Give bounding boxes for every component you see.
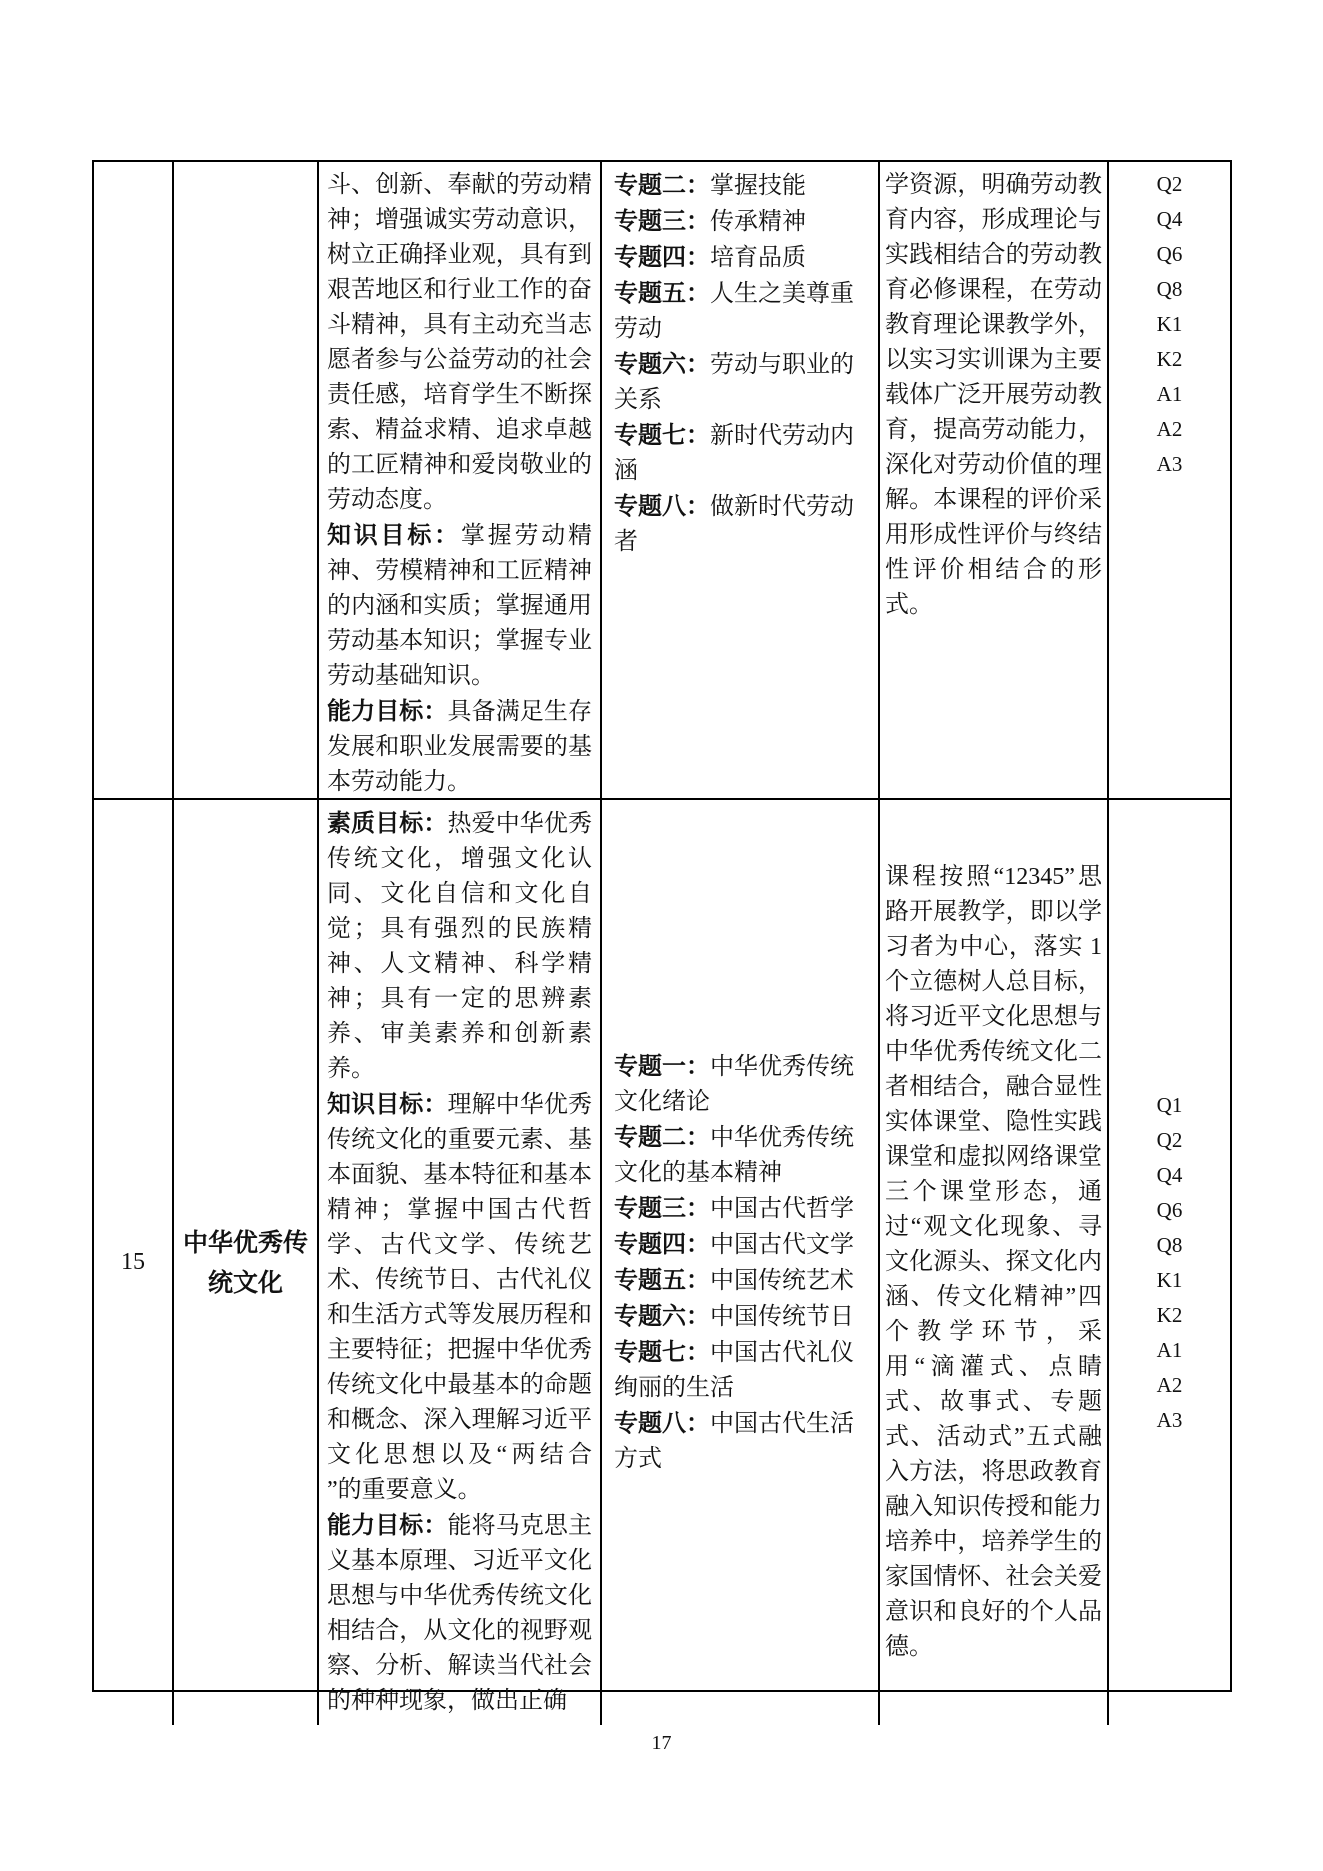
code-item: A2 [1109,1368,1230,1403]
cell-row15-implementation: 课程按照“12345”思路开展教学，即以学习者为中心，落实 1 个立德树人总目标… [880,800,1109,1725]
topic-item: 专题一：中华优秀传统文化绪论 [614,1049,872,1120]
topic-item: 专题七：新时代劳动内涵 [614,418,872,489]
row15-ability-text: 能将马克思主义基本原理、习近平文化思想与中华优秀传统文化相结合，从文化的视野观察… [327,1513,592,1714]
topic-label: 专题八： [614,493,710,520]
topic-item: 专题二：掌握技能 [614,168,872,204]
topic-item: 专题二：中华优秀传统文化的基本精神 [614,1120,872,1191]
row14-ability-objective: 能力目标：具备满足生存发展和职业发展需要的基本劳动能力。 [327,694,592,798]
row15-ability-label: 能力目标： [327,1512,448,1539]
cell-row14-topics: 专题二：掌握技能 专题三：传承精神 专题四：培育品质 专题五：人生之美尊重劳动 … [602,162,880,798]
topic-item: 专题五：人生之美尊重劳动 [614,276,872,347]
table-row-14: 斗、创新、奉献的劳动精神；增强诚实劳动意识，树立正确择业观，具有到艰苦地区和行业… [94,162,1230,800]
code-item: Q1 [1109,1088,1230,1123]
cell-row15-codes: Q1 Q2 Q4 Q6 Q8 K1 K2 A1 A2 A3 [1109,800,1230,1725]
row15-quality-objective: 素质目标：热爱中华优秀传统文化，增强文化认同、文化自信和文化自觉；具有强烈的民族… [327,806,592,1087]
topic-text: 中国传统节日 [710,1304,854,1330]
cell-row14-implementation: 学资源，明确劳动教育内容，形成理论与实践相结合的劳动教育必修课程，在劳动教育理论… [880,162,1109,798]
row15-quality-text: 热爱中华优秀传统文化，增强文化认同、文化自信和文化自觉；具有强烈的民族精神、人文… [327,811,592,1082]
topic-label: 专题六： [614,1303,710,1330]
topic-label: 专题四： [614,1231,710,1258]
document-page: 斗、创新、奉献的劳动精神；增强诚实劳动意识，树立正确择业观，具有到艰苦地区和行业… [0,0,1323,1871]
row14-implementation-text: 学资源，明确劳动教育内容，形成理论与实践相结合的劳动教育必修课程，在劳动教育理论… [885,168,1102,623]
topic-item: 专题五：中国传统艺术 [614,1263,872,1299]
topic-text: 中国古代哲学 [710,1196,854,1222]
code-item: Q4 [1109,202,1230,237]
topic-item: 专题六：中国传统节日 [614,1299,872,1335]
table-row-15: 15 中华优秀传统文化 素质目标：热爱中华优秀传统文化，增强文化认同、文化自信和… [94,800,1230,1725]
topic-item: 专题六：劳动与职业的关系 [614,347,872,418]
row14-knowledge-objective: 知识目标：掌握劳动精神、劳模精神和工匠精神的内涵和实质；掌握通用劳动基本知识；掌… [327,518,592,694]
cell-row15-objectives: 素质目标：热爱中华优秀传统文化，增强文化认同、文化自信和文化自觉；具有强烈的民族… [319,800,602,1725]
row15-number: 15 [121,1245,145,1280]
topic-label: 专题四： [614,244,710,271]
row15-course-name: 中华优秀传统文化 [181,1223,311,1303]
code-item: Q8 [1109,272,1230,307]
row15-knowledge-text: 理解中华优秀传统文化的重要元素、基本面貌、基本特征和基本精神；掌握中国古代哲学、… [327,1092,592,1503]
topic-label: 专题三： [614,1195,710,1222]
code-item: Q4 [1109,1158,1230,1193]
topic-label: 专题六： [614,351,710,378]
cell-row14-number [94,162,174,798]
row14-knowledge-label: 知识目标： [327,522,461,549]
topic-text: 中国传统艺术 [710,1268,854,1294]
row14-objectives-cont-text: 斗、创新、奉献的劳动精神；增强诚实劳动意识，树立正确择业观，具有到艰苦地区和行业… [327,172,592,513]
topic-label: 专题一： [614,1053,710,1080]
topic-item: 专题八：中国古代生活方式 [614,1406,872,1477]
topic-text: 掌握技能 [710,173,806,199]
cell-row14-codes: Q2 Q4 Q6 Q8 K1 K2 A1 A2 A3 [1109,162,1230,798]
row15-implementation-text: 课程按照“12345”思路开展教学，即以学习者为中心，落实 1 个立德树人总目标… [885,860,1102,1665]
curriculum-table: 斗、创新、奉献的劳动精神；增强诚实劳动意识，树立正确择业观，具有到艰苦地区和行业… [92,160,1232,1692]
cell-row15-topics: 专题一：中华优秀传统文化绪论 专题二：中华优秀传统文化的基本精神 专题三：中国古… [602,800,880,1725]
code-item: Q6 [1109,1193,1230,1228]
code-item: A3 [1109,1403,1230,1438]
code-item: Q8 [1109,1228,1230,1263]
page-number: 17 [0,1732,1323,1755]
code-item: K1 [1109,1263,1230,1298]
topic-label: 专题五： [614,280,710,307]
topic-label: 专题五： [614,1267,710,1294]
topic-label: 专题三： [614,208,710,235]
topic-item: 专题四：培育品质 [614,240,872,276]
row14-ability-label: 能力目标： [327,698,448,725]
code-item: A1 [1109,377,1230,412]
code-item: K1 [1109,307,1230,342]
topic-item: 专题八：做新时代劳动者 [614,489,872,560]
code-item: K2 [1109,342,1230,377]
code-item: Q2 [1109,167,1230,202]
code-item: Q2 [1109,1123,1230,1158]
code-item: A3 [1109,447,1230,482]
topic-label: 专题七： [614,1339,710,1366]
topic-item: 专题三：中国古代哲学 [614,1191,872,1227]
cell-row14-objectives: 斗、创新、奉献的劳动精神；增强诚实劳动意识，树立正确择业观，具有到艰苦地区和行业… [319,162,602,798]
row15-quality-label: 素质目标： [327,810,448,837]
row14-objectives-continuation: 斗、创新、奉献的劳动精神；增强诚实劳动意识，树立正确择业观，具有到艰苦地区和行业… [327,168,592,518]
code-item: A1 [1109,1333,1230,1368]
row15-knowledge-label: 知识目标： [327,1091,448,1118]
topic-item: 专题四：中国古代文学 [614,1227,872,1263]
topic-item: 专题七：中国古代礼仪绚丽的生活 [614,1335,872,1406]
code-item: A2 [1109,412,1230,447]
code-item: K2 [1109,1298,1230,1333]
topic-label: 专题二： [614,172,710,199]
topic-label: 专题八： [614,1410,710,1437]
row15-knowledge-objective: 知识目标：理解中华优秀传统文化的重要元素、基本面貌、基本特征和基本精神；掌握中国… [327,1087,592,1508]
cell-row15-course: 中华优秀传统文化 [174,800,319,1725]
cell-row14-course [174,162,319,798]
topic-text: 培育品质 [710,245,806,271]
row15-ability-objective: 能力目标：能将马克思主义基本原理、习近平文化思想与中华优秀传统文化相结合，从文化… [327,1508,592,1719]
topic-item: 专题三：传承精神 [614,204,872,240]
topic-text: 传承精神 [710,209,806,235]
code-item: Q6 [1109,237,1230,272]
cell-row15-number: 15 [94,800,174,1725]
topic-label: 专题七： [614,422,710,449]
topic-label: 专题二： [614,1124,710,1151]
topic-text: 中国古代文学 [710,1232,854,1258]
